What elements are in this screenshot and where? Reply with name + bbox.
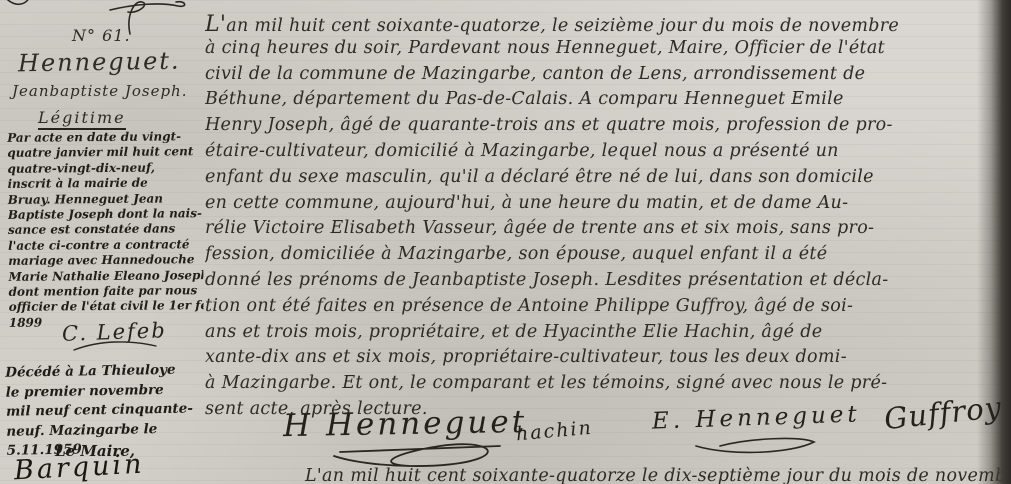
death-note-line: mil neuf cent cinquante- bbox=[6, 399, 206, 422]
act-line: L'an mil huit cent soixante-quatorze, le… bbox=[205, 12, 1011, 38]
act-line: à Mazingarbe. Et ont, le comparant et le… bbox=[205, 373, 1011, 399]
marriage-margin-note: Par acte en date du vingt- quatre janvie… bbox=[7, 129, 204, 331]
marriage-note-line: officier de l'état civil le 1er février bbox=[9, 299, 204, 316]
marriage-note-line: quatre-vingt-dix-neuf, bbox=[7, 160, 202, 177]
marriage-note-line: mariage avec Hannedouche bbox=[8, 252, 203, 269]
act-line: civil de la commune de Mazingarbe, canto… bbox=[205, 64, 1011, 90]
act-line: rélie Victoire Elisabeth Vasseur, âgée d… bbox=[205, 218, 1011, 244]
legitimacy-label: Légitime bbox=[38, 108, 126, 130]
act-line: fession, domiciliée à Mazingarbe, son ép… bbox=[205, 244, 1011, 270]
mayor-signature-margin: Barquin bbox=[13, 449, 145, 484]
act-line: ans et trois mois, propriétaire, et de H… bbox=[205, 322, 1011, 348]
marriage-note-line: Par acte en date du vingt- bbox=[7, 129, 202, 146]
act-line: Béthune, département du Pas-de-Calais. A… bbox=[205, 89, 1011, 115]
marriage-note-line: inscrit à la mairie de bbox=[8, 175, 203, 192]
act-line: Henry Joseph, âgé de quarante-trois ans … bbox=[205, 115, 1011, 141]
act-line: à cinq heures du soir, Pardevant nous He… bbox=[205, 38, 1011, 64]
act-line: xante-dix ans et six mois, propriétaire-… bbox=[205, 347, 1011, 373]
act-number: N° 61. bbox=[72, 26, 131, 45]
margin-surname: Henneguet. bbox=[18, 47, 181, 78]
marriage-note-line: Bruay. Henneguet Jean bbox=[8, 191, 203, 208]
corner-flourish-icon bbox=[2, 0, 32, 8]
next-act-first-line: L'an mil huit cent soixante-quatorze le … bbox=[305, 466, 1011, 484]
act-line: étaire-cultivateur, domicilié à Mazingar… bbox=[205, 141, 1011, 167]
registrar-signature-flourish-icon bbox=[70, 338, 160, 354]
marriage-note-line: Marie Nathalie Eleano Joseph bbox=[8, 268, 203, 285]
act-line: enfant du sexe masculin, qu'il a déclaré… bbox=[205, 167, 1011, 193]
margin-given-names: Jeanbaptiste Joseph. bbox=[12, 82, 188, 100]
marriage-note-line: l'acte ci-contre a contracté bbox=[8, 237, 203, 254]
marriage-note-line: quatre janvier mil huit cent bbox=[7, 145, 202, 162]
death-note-line: Décédé à La Thieuloye bbox=[5, 360, 205, 383]
act-line: tion ont été faites en présence de Antoi… bbox=[205, 296, 1011, 322]
act-body-text: L'an mil huit cent soixante-quatorze, le… bbox=[205, 12, 1011, 425]
act-line: en cette commune, aujourd'hui, à une heu… bbox=[205, 193, 1011, 219]
act-line: donné les prénoms de Jeanbaptiste Joseph… bbox=[205, 270, 1011, 296]
marriage-note-line: Baptiste Joseph dont la nais- bbox=[8, 206, 203, 223]
mayor-signature-flourish-icon bbox=[690, 434, 820, 456]
marriage-note-line: dont mention faite par nous bbox=[8, 283, 203, 300]
marriage-note-line: sance est constatée dans bbox=[8, 222, 203, 239]
register-page-scan: N° 61. Henneguet. Jeanbaptiste Joseph. L… bbox=[0, 0, 1011, 484]
